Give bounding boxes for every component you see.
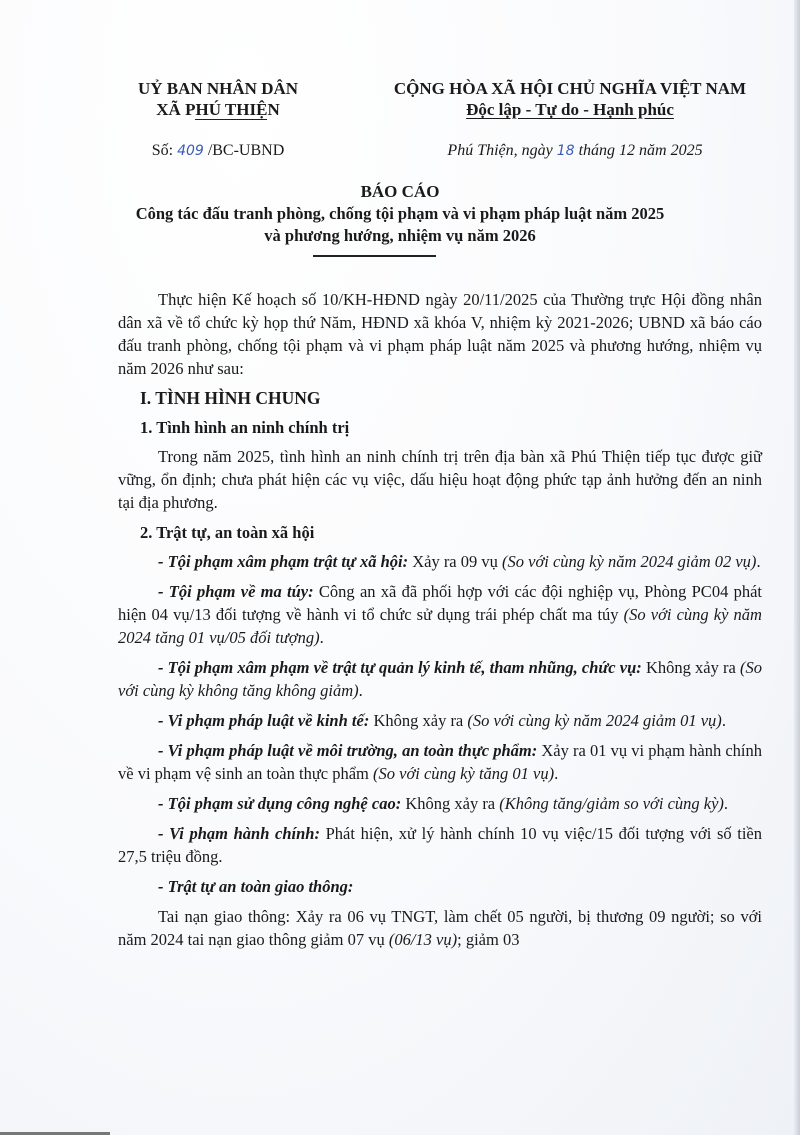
page-edge-shadow: [794, 0, 800, 1135]
national-motto: Độc lập - Tự do - Hạnh phúc: [466, 100, 674, 119]
document-type: BÁO CÁO: [100, 181, 700, 203]
place-date: Phú Thiện, ngày 18 tháng 12 năm 2025: [360, 142, 790, 160]
item-drug-crime: - Tội phạm về ma túy: Công an xã đã phối…: [118, 580, 762, 649]
title-underline: [313, 255, 436, 257]
item-high-tech-crime: - Tội phạm sử dụng công nghệ cao: Không …: [118, 792, 762, 815]
nation-name: CỘNG HÒA XÃ HỘI CHỦ NGHĨA VIỆT NAM: [350, 78, 790, 99]
item-environment-food-safety: - Vi phạm pháp luật về môi trường, an to…: [118, 739, 762, 785]
item-administrative-violation: - Vi phạm hành chính: Phát hiện, xử lý h…: [118, 822, 762, 868]
item-traffic-safety: - Trật tự an toàn giao thông:: [118, 875, 762, 898]
report-body: Thực hiện Kế hoạch số 10/KH-HĐND ngày 20…: [118, 288, 762, 958]
subsection-heading-social-order: 2. Trật tự, an toàn xã hội: [140, 521, 762, 544]
national-heading: CỘNG HÒA XÃ HỘI CHỦ NGHĨA VIỆT NAM Độc l…: [350, 78, 790, 120]
handwritten-number: 409: [177, 143, 204, 159]
section-heading-general: I. TÌNH HÌNH CHUNG: [140, 387, 762, 410]
title-line-1: Công tác đấu tranh phòng, chống tội phạm…: [100, 203, 700, 225]
agency-line-2: XÃ PHÚ THIỆN: [118, 99, 318, 120]
document-number: Số: 409 /BC-UBND: [118, 142, 318, 160]
report-title: BÁO CÁO Công tác đấu tranh phòng, chống …: [100, 181, 700, 247]
agency-line-1: UỶ BAN NHÂN DÂN: [118, 78, 318, 99]
issuing-agency: UỶ BAN NHÂN DÂN XÃ PHÚ THIỆN: [118, 78, 318, 120]
intro-paragraph: Thực hiện Kế hoạch số 10/KH-HĐND ngày 20…: [118, 288, 762, 380]
political-security-paragraph: Trong năm 2025, tình hình an ninh chính …: [118, 445, 762, 514]
item-social-order-crime: - Tội phạm xâm phạm trật tự xã hội: Xảy …: [118, 550, 762, 573]
traffic-accidents-paragraph: Tai nạn giao thông: Xảy ra 06 vụ TNGT, l…: [118, 905, 762, 951]
item-economic-corruption-crime: - Tội phạm xâm phạm về trật tự quản lý k…: [118, 656, 762, 702]
item-economic-violation: - Vi phạm pháp luật về kinh tế: Không xả…: [118, 709, 762, 732]
handwritten-day: 18: [557, 143, 575, 159]
title-line-2: và phương hướng, nhiệm vụ năm 2026: [100, 225, 700, 247]
subsection-heading-political-security: 1. Tình hình an ninh chính trị: [140, 416, 762, 439]
